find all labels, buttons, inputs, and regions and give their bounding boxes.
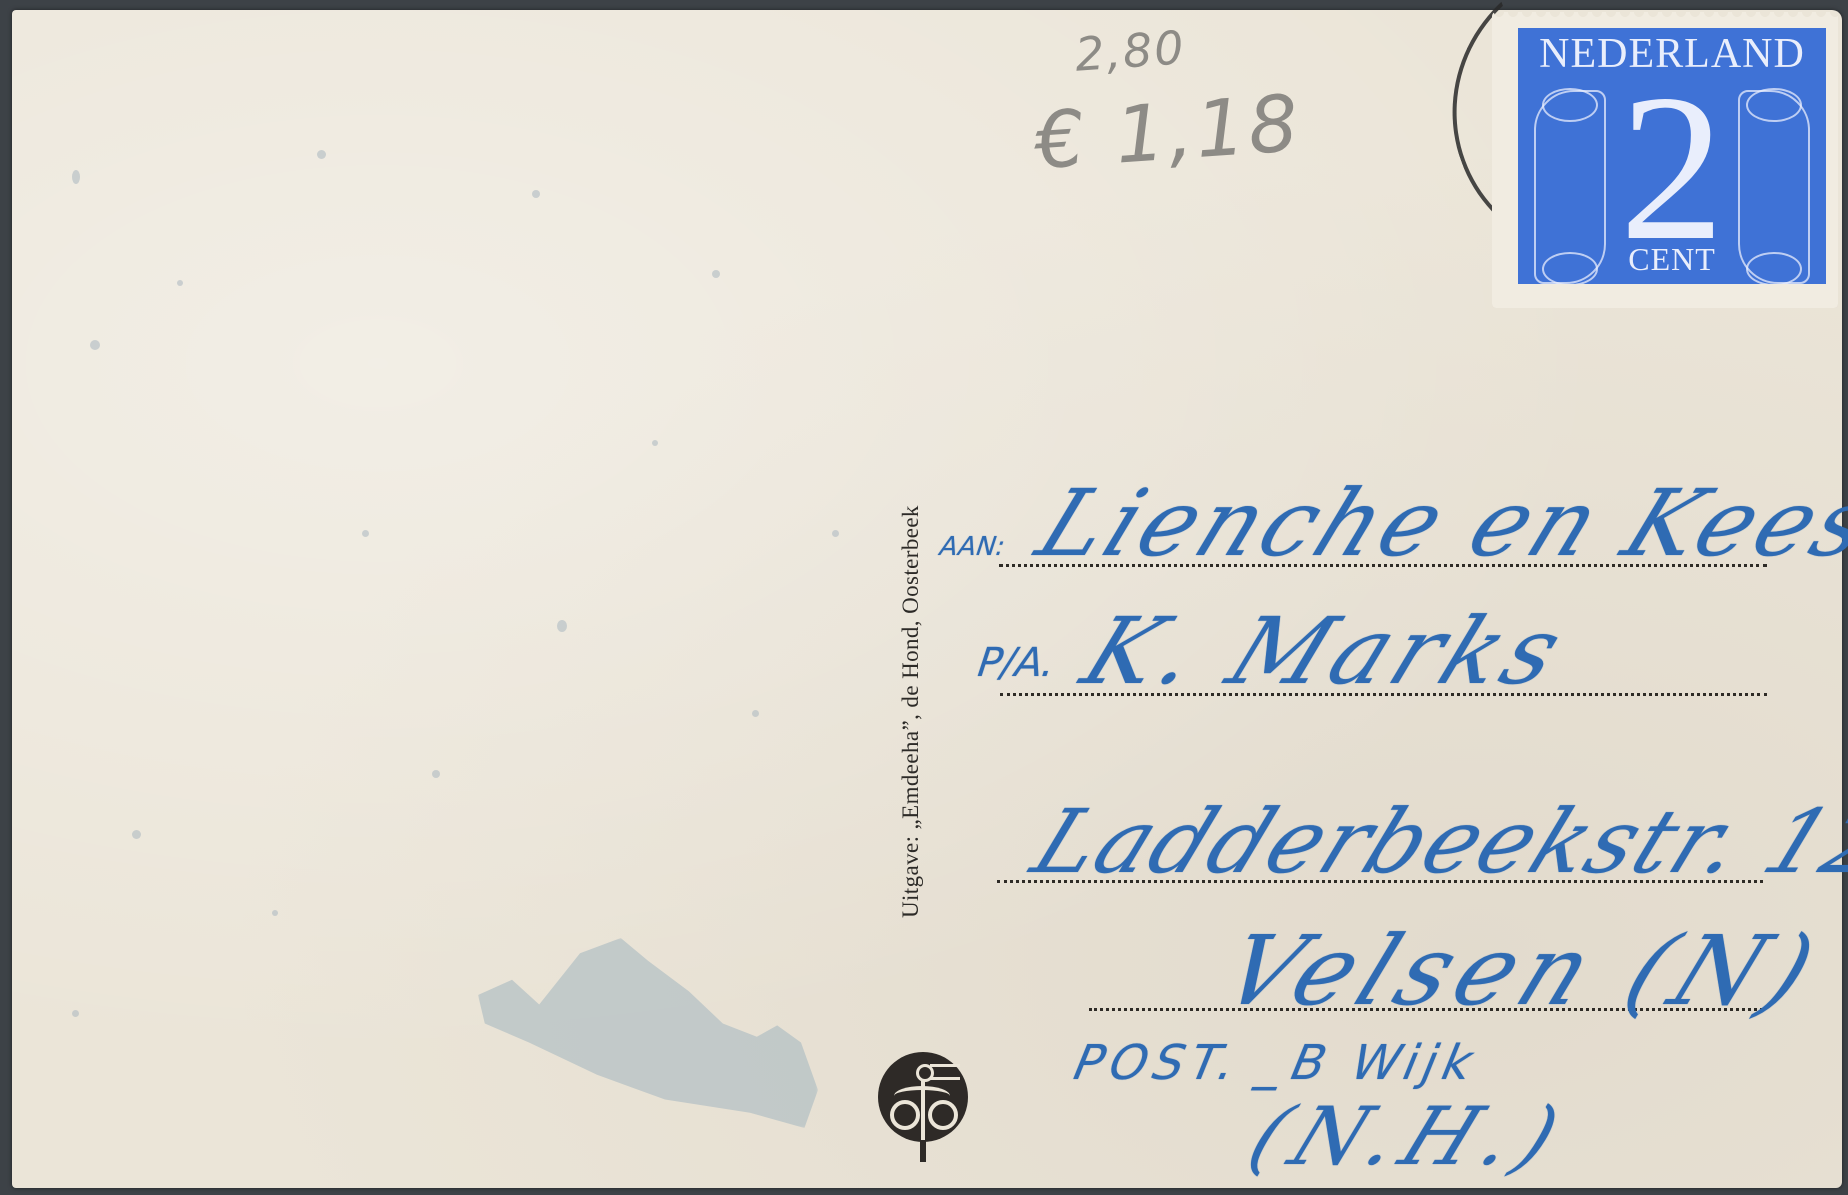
address-recipient: Lienche en Kees (1023, 470, 1848, 577)
logo-ring-right (928, 1100, 958, 1130)
logo-bar (921, 1074, 925, 1140)
address-prefix-pa: P/A. (971, 640, 1063, 686)
foxing-speck (432, 770, 440, 778)
pencil-price-euro: € 1,18 (1032, 79, 1304, 187)
foxing-speck (132, 830, 141, 839)
publisher-logo-icon (878, 1052, 968, 1142)
foxing-speck (90, 340, 100, 350)
pencil-price-old: 2,80 (1073, 20, 1187, 82)
address-post-district: POST. _B Wijk (1064, 1035, 1489, 1091)
address-prefix-aan: AAN: (935, 532, 1009, 562)
foxing-speck (832, 530, 839, 537)
stamp-value: 2 (1518, 68, 1826, 268)
foxing-speck (752, 710, 759, 717)
foxing-speck (317, 150, 326, 159)
address-care-of: K. Marks (1068, 598, 1582, 705)
logo-wave (930, 1064, 960, 1080)
foxing-speck (177, 280, 183, 286)
foxing-speck (712, 270, 720, 278)
postage-stamp: NEDERLAND 2 CENT (1518, 28, 1826, 284)
foxing-speck (272, 910, 278, 916)
foxing-speck (557, 620, 567, 632)
foxing-speck (532, 190, 540, 198)
foxing-speck (72, 1010, 79, 1017)
logo-ring-left (890, 1100, 920, 1130)
stamp-unit: CENT (1518, 241, 1826, 278)
address-street: Ladderbeekstr. 125 (1019, 790, 1848, 893)
publisher-imprint: Uitgave: „Emdeeha”, de Hond, Oosterbeek (898, 505, 924, 918)
foxing-speck (652, 440, 658, 446)
address-city: Velsen (N) (1207, 915, 1838, 1027)
foxing-speck (362, 530, 369, 537)
foxing-speck (72, 170, 80, 184)
address-province: (N.H.) (1236, 1090, 1582, 1183)
